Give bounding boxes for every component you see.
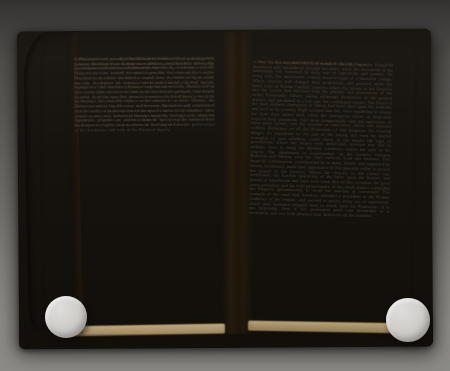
paragraph: The Saxon army, now relieved from the ne… — [74, 57, 214, 72]
signature-mark: o 3 — [359, 63, 367, 68]
right-page-text: THIRTY YEARS' WAR 105 victory. In this k… — [247, 60, 393, 312]
left-page-text: 104 HISTORY OF THE but favourable to his… — [74, 57, 216, 306]
page-weight-disc-right — [386, 298, 430, 342]
page-weight-disc-left — [45, 296, 87, 338]
book-photograph: 104 HISTORY OF THE but favourable to his… — [0, 0, 450, 371]
paragraph: victory. In this kingdom, the first scen… — [249, 60, 393, 219]
